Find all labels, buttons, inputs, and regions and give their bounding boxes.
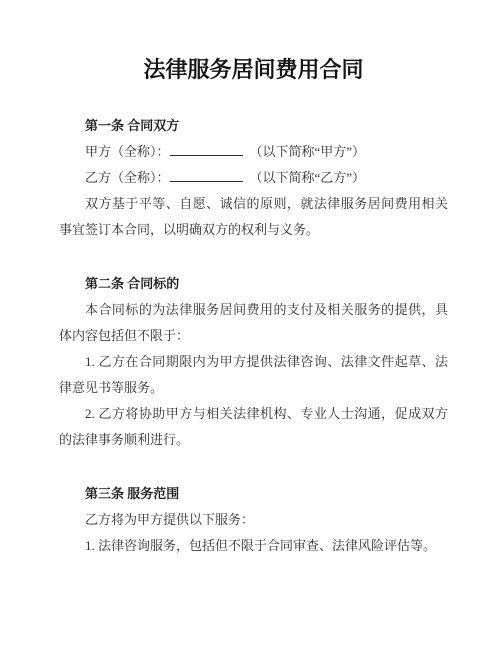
section-1-paragraph: 双方基于平等、自愿、诚信的原则，就法律服务居间费用相关事宜签订本合同，以明确双方…: [59, 191, 448, 243]
section-3-paragraph-intro: 乙方将为甲方提供以下服务：: [59, 507, 448, 533]
section-2-paragraph-intro: 本合同标的为法律服务居间费用的支付及相关服务的提供，具体内容包括但不限于：: [59, 297, 448, 349]
party-b-suffix: （以下简称“乙方”）: [250, 170, 366, 185]
contract-document-page: 法律服务居间费用合同 第一条 合同双方 甲方（全称）：（以下简称“甲方”） 乙方…: [0, 0, 500, 647]
party-b-label: 乙方（全称）：: [85, 170, 170, 185]
section-contract-subject: 第二条 合同标的 本合同标的为法律服务居间费用的支付及相关服务的提供，具体内容包…: [59, 271, 448, 453]
party-a-line: 甲方（全称）：（以下简称“甲方”）: [59, 139, 448, 165]
party-b-blank-underline: [170, 167, 243, 182]
section-2-heading: 第二条 合同标的: [59, 271, 448, 297]
section-2-item-2: 2. 乙方将协助甲方与相关法律机构、专业人士沟通，促成双方的法律事务顺利进行。: [59, 401, 448, 453]
party-a-label: 甲方（全称）：: [85, 144, 170, 159]
party-a-suffix: （以下简称“甲方”）: [250, 144, 366, 159]
document-title: 法律服务居间费用合同: [59, 55, 448, 85]
section-service-scope: 第三条 服务范围 乙方将为甲方提供以下服务： 1. 法律咨询服务，包括但不限于合…: [59, 481, 448, 559]
section-2-item-1: 1. 乙方在合同期限内为甲方提供法律咨询、法律文件起草、法律意见书等服务。: [59, 349, 448, 401]
section-3-item-1: 1. 法律咨询服务，包括但不限于合同审查、法律风险评估等。: [59, 533, 448, 559]
section-1-heading: 第一条 合同双方: [59, 113, 448, 139]
section-3-heading: 第三条 服务范围: [59, 481, 448, 507]
party-a-blank-underline: [170, 141, 243, 156]
section-contract-parties: 第一条 合同双方 甲方（全称）：（以下简称“甲方”） 乙方（全称）：（以下简称“…: [59, 113, 448, 243]
party-b-line: 乙方（全称）：（以下简称“乙方”）: [59, 165, 448, 191]
